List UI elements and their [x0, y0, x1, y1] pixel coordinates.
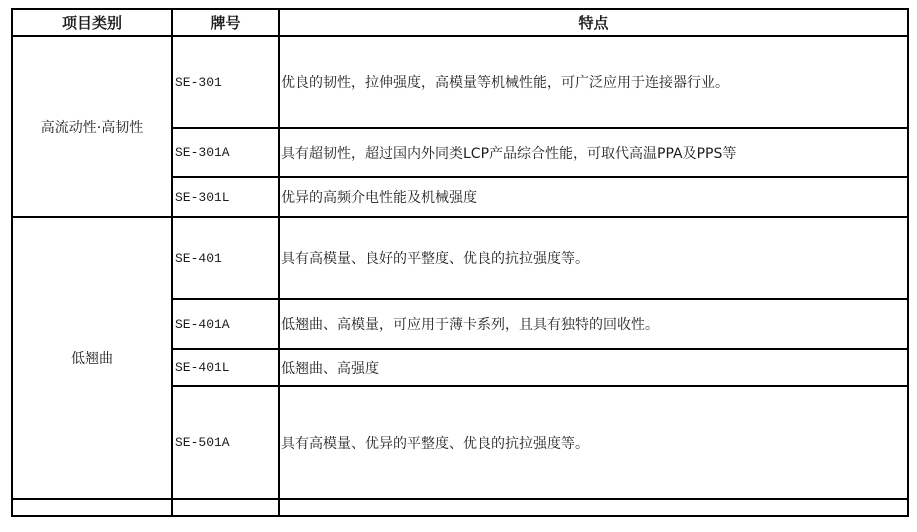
- product-spec-table: 项目类别 牌号 特点 高流动性·高韧性 SE-301 优良的韧性，拉伸强度，高模…: [11, 8, 909, 517]
- page: 项目类别 牌号 特点 高流动性·高韧性 SE-301 优良的韧性，拉伸强度，高模…: [0, 0, 917, 532]
- grade-cell: SE-301: [172, 36, 279, 128]
- category-cell-high-flow-toughness: 高流动性·高韧性: [12, 36, 172, 217]
- empty-cell: [172, 499, 279, 516]
- feature-cell: 优异的高频介电性能及机械强度: [279, 177, 908, 217]
- category-cell-low-warpage: 低翘曲: [12, 217, 172, 499]
- header-category: 项目类别: [12, 9, 172, 36]
- header-feature: 特点: [279, 9, 908, 36]
- empty-cell: [279, 499, 908, 516]
- feature-cell: 具有高模量、优异的平整度、优良的抗拉强度等。: [279, 386, 908, 499]
- grade-cell: SE-301A: [172, 128, 279, 177]
- grade-cell: SE-401: [172, 217, 279, 299]
- table-header-row: 项目类别 牌号 特点: [12, 9, 908, 36]
- feature-cell: 优良的韧性，拉伸强度，高模量等机械性能，可广泛应用于连接器行业。: [279, 36, 908, 128]
- feature-cell: 低翘曲、高强度: [279, 349, 908, 386]
- table-row: 低翘曲 SE-401 具有高模量、良好的平整度、优良的抗拉强度等。: [12, 217, 908, 299]
- empty-cell: [12, 499, 172, 516]
- feature-cell: 具有超韧性，超过国内外同类LCP产品综合性能，可取代高温PPA及PPS等: [279, 128, 908, 177]
- table-row-empty: [12, 499, 908, 516]
- grade-cell: SE-501A: [172, 386, 279, 499]
- grade-cell: SE-301L: [172, 177, 279, 217]
- grade-cell: SE-401A: [172, 299, 279, 349]
- feature-cell: 低翘曲、高模量，可应用于薄卡系列，且具有独特的回收性。: [279, 299, 908, 349]
- table-row: 高流动性·高韧性 SE-301 优良的韧性，拉伸强度，高模量等机械性能，可广泛应…: [12, 36, 908, 128]
- header-grade: 牌号: [172, 9, 279, 36]
- grade-cell: SE-401L: [172, 349, 279, 386]
- feature-cell: 具有高模量、良好的平整度、优良的抗拉强度等。: [279, 217, 908, 299]
